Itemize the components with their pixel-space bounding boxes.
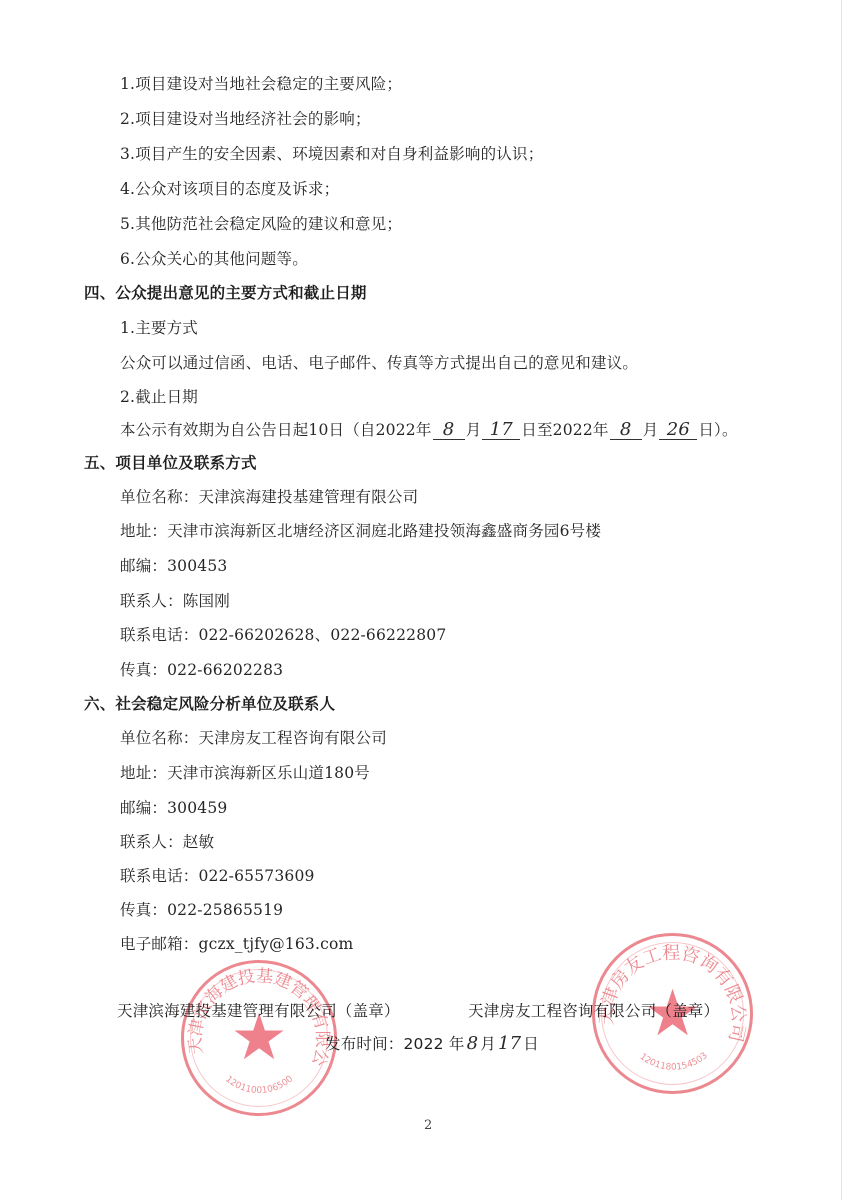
item-6: 6.公众关心的其他问题等。 — [120, 249, 308, 269]
handwritten-publish-day: 17 — [496, 1034, 523, 1054]
publish-suffix: 日 — [523, 1035, 539, 1053]
document-page: 1.项目建设对当地社会稳定的主要风险； 2.项目建设对当地经济社会的影响； 3.… — [0, 0, 848, 1200]
section5-contact: 联系人：陈国刚 — [120, 591, 230, 611]
item-2: 2.项目建设对当地经济社会的影响； — [120, 109, 371, 129]
section6-fax: 传真：022-25865519 — [120, 900, 283, 920]
deadline-month-label2: 月 — [643, 421, 659, 439]
section5-postcode: 邮编：300453 — [120, 556, 227, 576]
section4-sub1-text: 公众可以通过信函、电话、电子邮件、传真等方式提出自己的意见和建议。 — [120, 353, 638, 373]
section6-email: 电子邮箱：gczx_tjfy@163.com — [120, 934, 353, 954]
section5-fax: 传真：022-66202283 — [120, 660, 283, 680]
handwritten-end-day: 26 — [659, 421, 697, 440]
svg-text:1201100106500: 1201100106500 — [223, 1074, 295, 1096]
item-3: 3.项目产生的安全因素、环境因素和对自身利益影响的认识； — [120, 144, 543, 164]
section5-phone: 联系电话：022-66202628、022-66222807 — [120, 625, 446, 645]
section4-sub2-title: 2.截止日期 — [120, 387, 198, 407]
section4-heading: 四、公众提出意见的主要方式和截止日期 — [84, 283, 367, 303]
section6-contact: 联系人：赵敏 — [120, 832, 214, 852]
handwritten-end-month: 8 — [610, 421, 642, 440]
company-seal-left: 天津滨海建投基建管理有限公司 1201100106500 ★ — [181, 960, 337, 1116]
section5-address: 地址：天津市滨海新区北塘经济区洞庭北路建投领海鑫盛商务园6号楼 — [120, 521, 601, 541]
section6-heading: 六、社会稳定风险分析单位及联系人 — [84, 694, 335, 714]
item-5: 5.其他防范社会稳定风险的建议和意见； — [120, 214, 402, 234]
signature-right: 天津房友工程咨询有限公司（盖章） — [468, 1001, 719, 1021]
publish-prefix: 发布时间：2022 年 — [325, 1035, 465, 1053]
handwritten-start-month: 8 — [433, 421, 465, 440]
deadline-prefix: 本公示有效期为自公告日起10日（自2022年 — [120, 421, 432, 439]
section4-sub1-title: 1.主要方式 — [120, 318, 198, 338]
signature-left: 天津滨海建投基建管理有限公司（盖章） — [117, 1001, 400, 1021]
publish-date: 发布时间：2022 年8月17日 — [325, 1034, 539, 1054]
section6-phone: 联系电话：022-65573609 — [120, 866, 315, 886]
item-1: 1.项目建设对当地社会稳定的主要风险； — [120, 74, 402, 94]
section6-postcode: 邮编：300459 — [120, 798, 227, 818]
deadline-month-label: 月 — [466, 421, 482, 439]
section5-heading: 五、项目单位及联系方式 — [84, 453, 257, 473]
publish-month-label: 月 — [480, 1035, 496, 1053]
deadline-suffix: 日）。 — [698, 421, 737, 439]
section6-unit-name: 单位名称：天津房友工程咨询有限公司 — [120, 728, 387, 748]
handwritten-publish-month: 8 — [465, 1034, 481, 1054]
page-number: 2 — [424, 1118, 432, 1133]
page-edge — [841, 0, 842, 1200]
deadline-mid: 日至2022年 — [521, 421, 608, 439]
section4-deadline: 本公示有效期为自公告日起10日（自2022年8月17日至2022年8月26日）。 — [120, 420, 738, 440]
section5-unit-name: 单位名称：天津滨海建投基建管理有限公司 — [120, 487, 418, 507]
svg-text:1201180154503: 1201180154503 — [638, 1051, 710, 1073]
section6-address: 地址：天津市滨海新区乐山道180号 — [120, 763, 370, 783]
item-4: 4.公众对该项目的态度及诉求； — [120, 179, 339, 199]
handwritten-start-day: 17 — [482, 421, 520, 440]
